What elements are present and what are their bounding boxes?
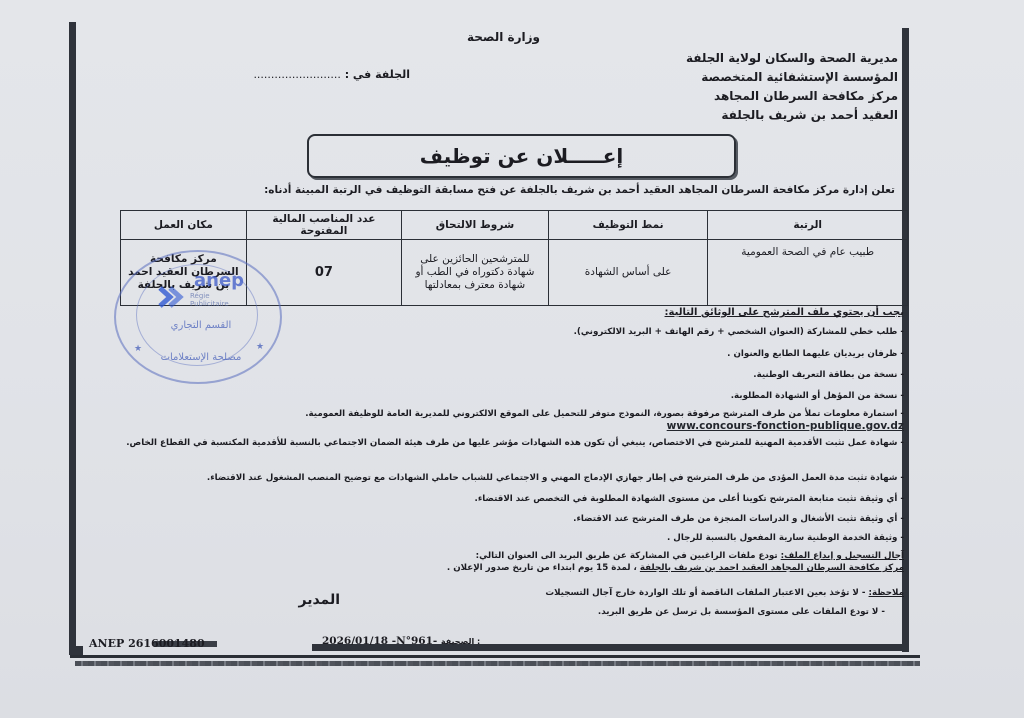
announcement-title: إعـــــلان عن توظيف <box>420 144 623 168</box>
header-line-directorate: مديرية الصحة والسكان لولاية الجلفة <box>560 49 898 68</box>
issue-label: الصحيفة : <box>441 637 480 646</box>
deadline-address: مركز مكافحة السرطان المجاهد العقيد احمد … <box>640 563 904 573</box>
frame-border-left <box>69 22 76 655</box>
document-item: - نسخة من بطاقة التعريف الوطنية. <box>200 370 904 380</box>
table-header-row: الرتبة نمط التوظيف شروط الالتحاق عدد الم… <box>121 211 908 240</box>
deadline-line-1: آجال التسجيل و إيداع الملف: تودع ملفات ا… <box>200 551 904 561</box>
place-date: الجلفة في : ......................... <box>110 68 410 81</box>
anep-stamp: anep Régie Publicitaire القسم التجاري مص… <box>114 250 282 384</box>
stamp-subtitle-2: Publicitaire <box>190 300 229 308</box>
column-header-open-posts: عدد المناصب المالية المفتوحة <box>246 211 401 240</box>
institution-header: مديرية الصحة والسكان لولاية الجلفة المؤس… <box>560 49 898 125</box>
document-item: - نسخة من المؤهل أو الشهادة المطلوبة. <box>200 391 904 401</box>
document-page: وزارة الصحة مديرية الصحة والسكان لولاية … <box>0 0 1024 718</box>
deadline-line-2: مركز مكافحة السرطان المجاهد العقيد احمد … <box>200 563 904 573</box>
footer-redacted-line <box>75 661 920 666</box>
header-line-center-name: العقيد أحمد بن شريف بالجلفة <box>560 106 898 125</box>
column-header-workplace: مكان العمل <box>121 211 247 240</box>
document-item: - شهادة تثبت مدة العمل المؤدى من طرف الم… <box>102 473 904 483</box>
recruitment-website-link[interactable]: www.concours-fonction-publique.gov.dz <box>480 420 904 432</box>
stamp-subtitle: Régie Publicitaire <box>190 292 229 308</box>
intro-text: تعلن إدارة مركز مكافحة السرطان المجاهد ا… <box>100 184 895 196</box>
frame-border-corner <box>69 646 83 655</box>
footer-rule <box>70 655 920 658</box>
anep-code: ANEP 2616001480 <box>89 637 205 650</box>
stamp-logo-text: anep <box>194 270 244 291</box>
announcement-title-box: إعـــــلان عن توظيف <box>307 134 736 178</box>
ministry-name: وزارة الصحة <box>420 30 540 44</box>
place-date-label: الجلفة في : <box>345 68 410 81</box>
note-item: - لا تودع الملفات على مستوى المؤسسة بل ت… <box>200 607 885 617</box>
note-label: ملاحظة: <box>869 588 904 598</box>
column-header-recruitment-mode: نمط التوظيف <box>548 211 708 240</box>
stamp-subtitle-1: Régie <box>190 292 229 300</box>
cell-grade: طبيب عام في الصحة العمومية <box>708 240 908 306</box>
document-item: - طلب خطي للمشاركة (العنوان الشخصي + رقم… <box>200 327 904 337</box>
director-signature: المدير <box>260 592 340 608</box>
document-item: - استمارة معلومات تملأ من طرف المترشح مر… <box>200 409 904 419</box>
document-item: - ظرفان بريديان عليهما الطابع والعنوان . <box>200 349 904 359</box>
deadline-label: آجال التسجيل و إيداع الملف: <box>781 551 904 561</box>
column-header-conditions: شروط الالتحاق <box>402 211 549 240</box>
cell-recruitment-mode: على أساس الشهادة <box>548 240 708 306</box>
header-line-center: مركز مكافحة السرطان المجاهد <box>560 87 898 106</box>
cell-conditions: للمترشحين الحائزين على شهادة دكتوراه في … <box>402 240 549 306</box>
anep-logo-icon <box>156 282 186 312</box>
document-item: - شهادة عمل تثبت الأقدمية المهنية للمترش… <box>102 436 904 451</box>
deadline-period: ، لمدة 15 يوم ابتداء من تاريخ صدور الإعل… <box>447 563 637 573</box>
document-item: - وثيقة الخدمة الوطنية سارية المفعول بال… <box>200 533 904 543</box>
deadline-text: تودع ملفات الراغبين في المشاركة عن طريق … <box>476 551 778 561</box>
header-line-establishment: المؤسسة الإستشفائية المتخصصة <box>560 68 898 87</box>
document-item: - أي وثيقة تثبت متابعة المترشح تكوينا أع… <box>200 494 904 504</box>
document-item: - أي وثيقة تثبت الأشغال و الدراسات المنج… <box>200 514 904 524</box>
note-item: - لا تؤخذ بعين الاعتبار الملفات الناقصة … <box>545 588 865 598</box>
column-header-grade: الرتبة <box>708 211 908 240</box>
issue-number: 2026/01/18 -N°961- <box>322 635 437 647</box>
star-icon: ★ <box>134 344 142 354</box>
documents-heading: يجب أن يحتوي ملف المترشح على الوثائق الت… <box>300 307 904 318</box>
issue-reference: 2026/01/18 -N°961- الصحيفة : <box>322 635 480 647</box>
place-date-value: ......................... <box>253 68 340 81</box>
